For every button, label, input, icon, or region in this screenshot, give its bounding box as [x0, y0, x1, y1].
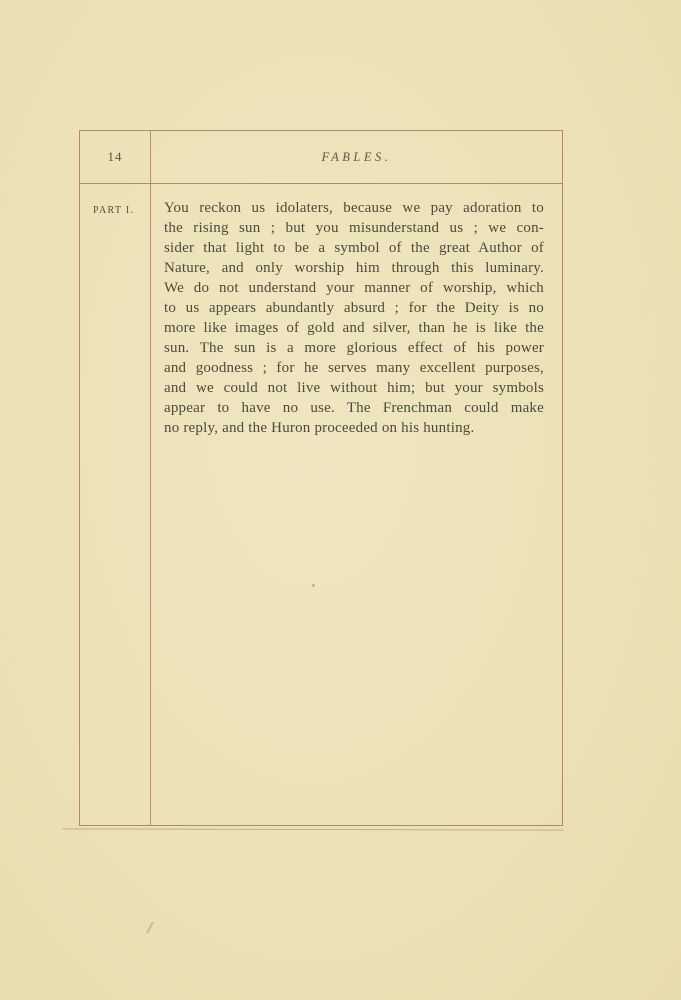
pencil-mark [146, 921, 154, 933]
header-rule-line [80, 183, 562, 184]
text-line: You reckon us idolaters, because we pay … [164, 198, 544, 218]
part-label: PART I. [93, 205, 134, 216]
text-line: sun. The sun is a more glorious effect o… [164, 338, 544, 358]
text-line: to us appears abundantly absurd ; for th… [164, 298, 544, 318]
text-line: and goodness ; for he serves many excell… [164, 358, 544, 378]
running-header-title: FABLES. [151, 131, 562, 183]
text-line: We do not understand your manner of wors… [164, 278, 544, 298]
body-paragraph: You reckon us idolaters, because we pay … [164, 198, 544, 438]
text-line: more like images of gold and silver, tha… [164, 318, 544, 338]
page-frame-border: 14 FABLES. PART I. You reckon us idolate… [79, 130, 563, 826]
text-line: and we could not live without him; but y… [164, 378, 544, 398]
scan-speck [312, 584, 315, 587]
margin-divider-line [150, 131, 151, 825]
page-number: 14 [80, 131, 150, 183]
text-line: Nature, and only worship him through thi… [164, 258, 544, 278]
text-line: the rising sun ; but you misunderstand u… [164, 218, 544, 238]
scan-artifact-line [62, 828, 564, 830]
scanned-book-page: 14 FABLES. PART I. You reckon us idolate… [0, 0, 681, 1000]
text-line: appear to have no use. The Frenchman cou… [164, 398, 544, 418]
text-line: sider that light to be a symbol of the g… [164, 238, 544, 258]
text-line: no reply, and the Huron proceeded on his… [164, 418, 544, 438]
